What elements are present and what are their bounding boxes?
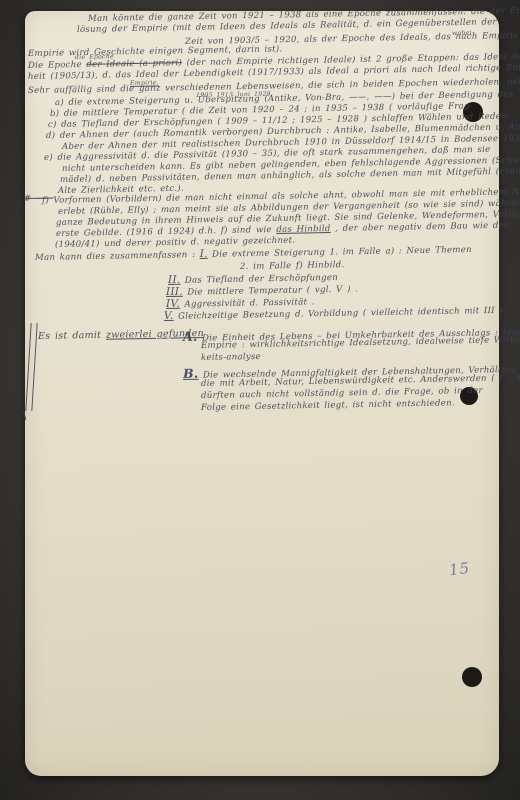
manuscript-line: keits-analyse <box>201 352 261 363</box>
line-text: Die Epoche <box>28 60 87 71</box>
section-letter: B. <box>183 366 199 381</box>
hole-punch-bottom <box>462 667 482 687</box>
roman-numeral: II. <box>168 274 181 286</box>
struck-text: der Ideale (a priori) <box>86 58 182 70</box>
line-text: Es ist damit <box>38 330 106 342</box>
page-number: 15 <box>448 559 471 579</box>
underlined-text: das Hinbild <box>276 224 330 235</box>
roman-numeral: V. <box>164 310 174 322</box>
section-letter: A. <box>183 329 198 344</box>
roman-numeral: I. <box>200 248 208 260</box>
roman-numeral: III. <box>166 286 183 298</box>
roman-numeral: IV. <box>166 298 180 310</box>
